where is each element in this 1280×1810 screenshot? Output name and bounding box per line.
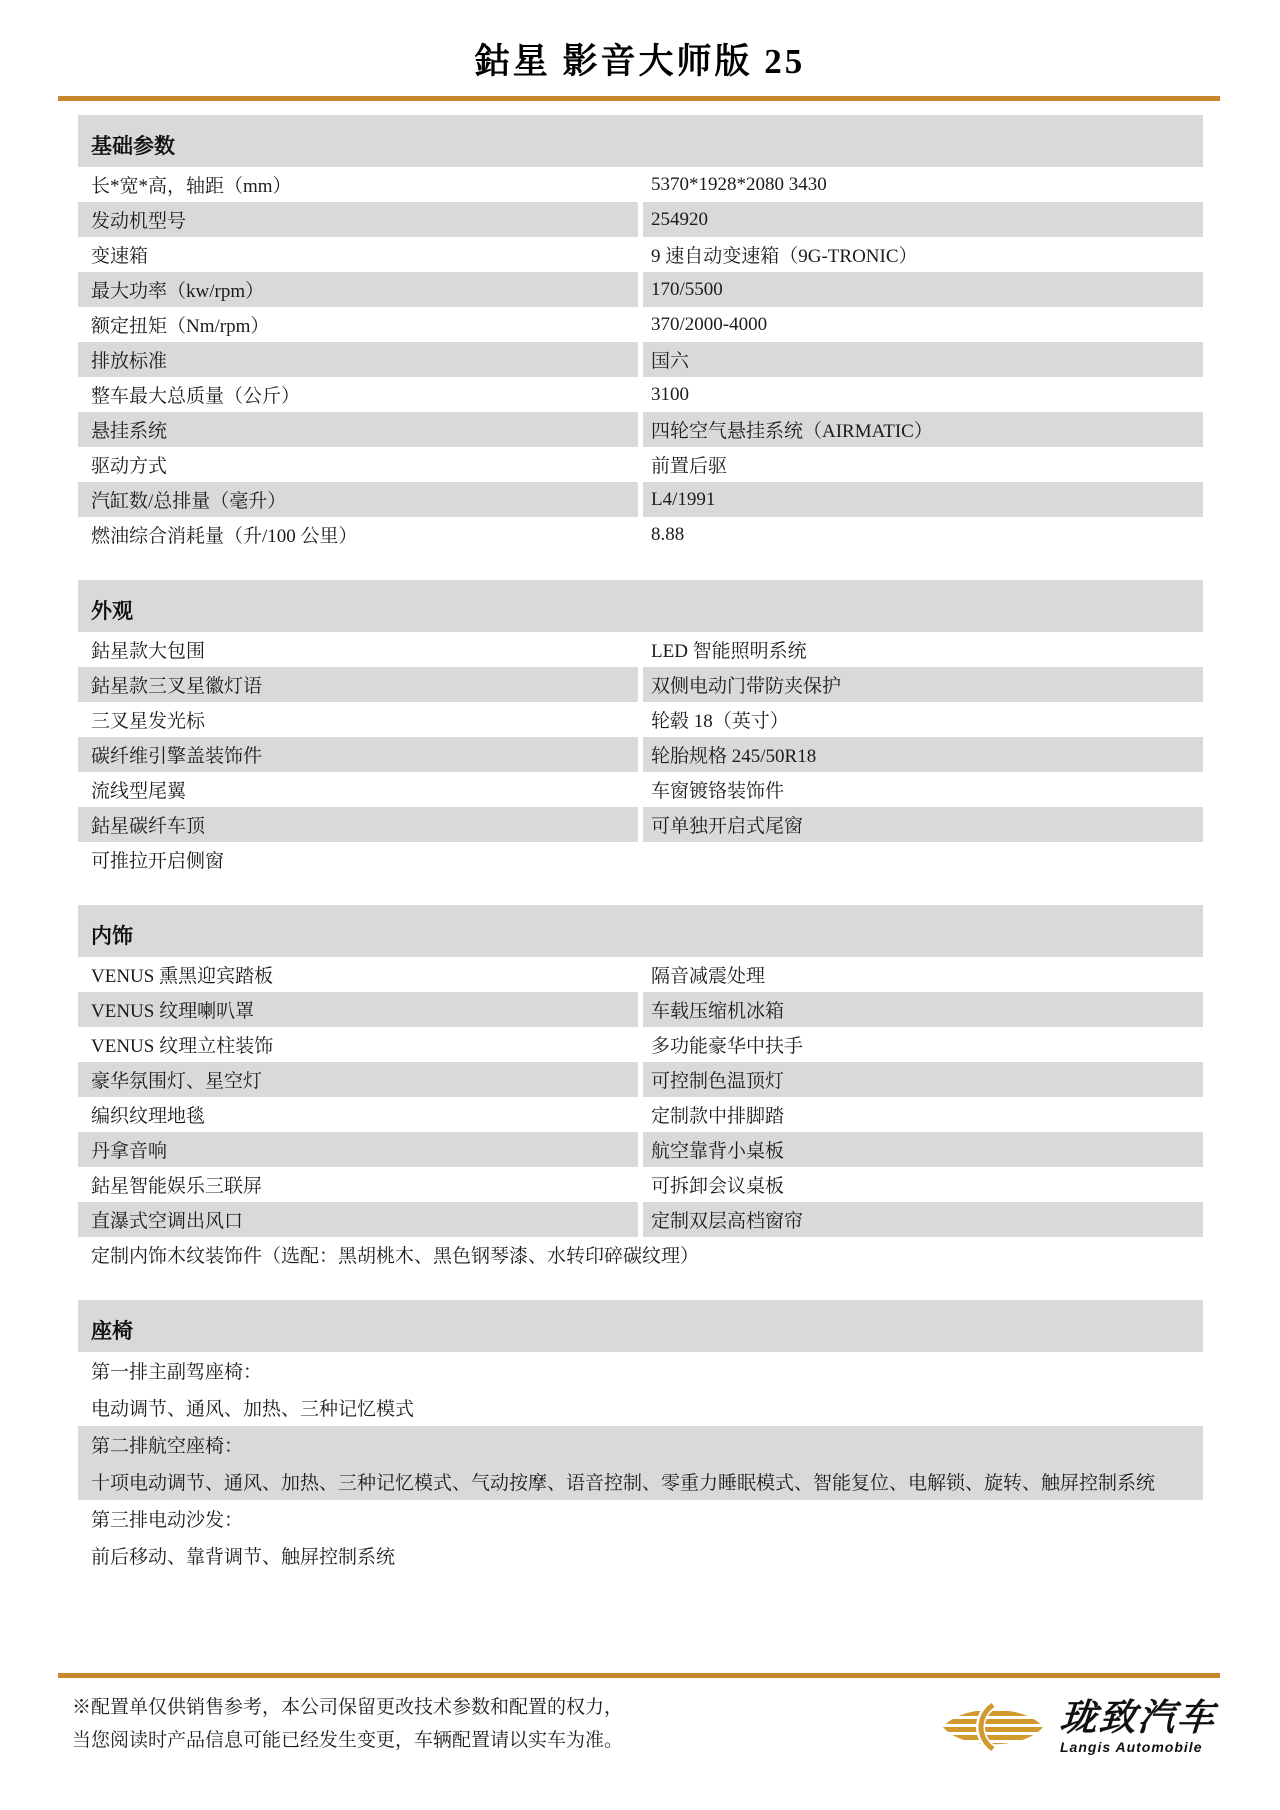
spec-value: 可单独开启式尾窗 (643, 807, 1203, 842)
spec-row: 碳纤维引擎盖装饰件轮胎规格 245/50R18 (78, 737, 1203, 772)
brand-emblem-icon (940, 1701, 1046, 1753)
spec-row: 鈷星款大包围LED 智能照明系统 (78, 632, 1203, 667)
spec-row: 驱动方式前置后驱 (78, 447, 1203, 482)
spec-text: 第三排电动沙发： (78, 1500, 1203, 1537)
spec-value: L4/1991 (643, 482, 1203, 517)
spec-row: 悬挂系统四轮空气悬挂系统（AIRMATIC） (78, 412, 1203, 447)
spec-label: 丹拿音响 (78, 1132, 638, 1167)
spec-value: 定制双层高档窗帘 (643, 1202, 1203, 1237)
spec-section: 基础参数长*宽*高，轴距（mm）5370*1928*2080 3430发动机型号… (78, 115, 1203, 552)
spec-label: 汽缸数/总排量（毫升） (78, 482, 638, 517)
spec-row: 十项电动调节、通风、加热、三种记忆模式、气动按摩、语音控制、零重力睡眠模式、智能… (78, 1463, 1203, 1500)
spec-label: 排放标准 (78, 342, 638, 377)
spec-label: VENUS 熏黑迎宾踏板 (78, 957, 638, 992)
spec-value (643, 842, 1203, 877)
spec-value: 170/5500 (643, 272, 1203, 307)
spec-row: 排放标准国六 (78, 342, 1203, 377)
spec-row: 额定扭矩（Nm/rpm）370/2000-4000 (78, 307, 1203, 342)
section-header: 内饰 (78, 905, 1203, 957)
disclaimer-line2: 当您阅读时产品信息可能已经发生变更，车辆配置请以实车为准。 (72, 1724, 623, 1757)
spec-value: 可控制色温顶灯 (643, 1062, 1203, 1097)
spec-row: VENUS 纹理喇叭罩车载压缩机冰箱 (78, 992, 1203, 1027)
spec-value: 车窗镀铬装饰件 (643, 772, 1203, 807)
spec-row: 汽缸数/总排量（毫升）L4/1991 (78, 482, 1203, 517)
spec-row: VENUS 纹理立柱装饰多功能豪华中扶手 (78, 1027, 1203, 1062)
spec-label: 鈷星款三叉星徽灯语 (78, 667, 638, 702)
spec-value: 5370*1928*2080 3430 (643, 167, 1203, 202)
spec-row: 定制内饰木纹装饰件（选配：黑胡桃木、黑色钢琴漆、水转印碎碳纹理） (78, 1237, 1203, 1272)
disclaimer: ※配置单仅供销售参考，本公司保留更改技术参数和配置的权力， 当您阅读时产品信息可… (58, 1691, 623, 1757)
spec-row: 三叉星发光标轮毂 18（英寸） (78, 702, 1203, 737)
spec-value: 双侧电动门带防夹保护 (643, 667, 1203, 702)
spec-label: 长*宽*高，轴距（mm） (78, 167, 638, 202)
spec-row: 最大功率（kw/rpm）170/5500 (78, 272, 1203, 307)
spec-value: 254920 (643, 202, 1203, 237)
section-header: 基础参数 (78, 115, 1203, 167)
spec-row: 变速箱9 速自动变速箱（9G-TRONIC） (78, 237, 1203, 272)
spec-label: 鈷星款大包围 (78, 632, 638, 667)
spec-row: 整车最大总质量（公斤）3100 (78, 377, 1203, 412)
spec-row: 流线型尾翼车窗镀铬装饰件 (78, 772, 1203, 807)
spec-label: 额定扭矩（Nm/rpm） (78, 307, 638, 342)
brand-name-cn: 珑致汽车 (1059, 1699, 1218, 1737)
spec-sheet-page: 鈷星 影音大师版 25 基础参数长*宽*高，轴距（mm）5370*1928*20… (0, 0, 1280, 1810)
spec-value: 定制款中排脚踏 (643, 1097, 1203, 1132)
spec-value: 8.88 (643, 517, 1203, 552)
spec-label: 悬挂系统 (78, 412, 638, 447)
spec-text: 电动调节、通风、加热、三种记忆模式 (78, 1389, 1203, 1426)
spec-value: 3100 (643, 377, 1203, 412)
spec-label: 鈷星智能娱乐三联屏 (78, 1167, 638, 1202)
spec-row: 鈷星智能娱乐三联屏可拆卸会议桌板 (78, 1167, 1203, 1202)
spec-label: 驱动方式 (78, 447, 638, 482)
spec-text: 十项电动调节、通风、加热、三种记忆模式、气动按摩、语音控制、零重力睡眠模式、智能… (78, 1463, 1203, 1500)
spec-text: 第二排航空座椅： (78, 1426, 1203, 1463)
spec-value: 前置后驱 (643, 447, 1203, 482)
spec-label: 豪华氛围灯、星空灯 (78, 1062, 638, 1097)
spec-value: 轮毂 18（英寸） (643, 702, 1203, 737)
spec-text: 前后移动、靠背调节、触屏控制系统 (78, 1537, 1203, 1574)
spec-value: 航空靠背小桌板 (643, 1132, 1203, 1167)
spec-row: 燃油综合消耗量（升/100 公里）8.88 (78, 517, 1203, 552)
spec-row: VENUS 熏黑迎宾踏板隔音减震处理 (78, 957, 1203, 992)
spec-label: 可推拉开启侧窗 (78, 842, 638, 877)
spec-label: 最大功率（kw/rpm） (78, 272, 638, 307)
spec-text: 定制内饰木纹装饰件（选配：黑胡桃木、黑色钢琴漆、水转印碎碳纹理） (78, 1237, 1203, 1272)
spec-label: 发动机型号 (78, 202, 638, 237)
spec-label: VENUS 纹理立柱装饰 (78, 1027, 638, 1062)
spec-label: 三叉星发光标 (78, 702, 638, 737)
spec-row: 鈷星款三叉星徽灯语双侧电动门带防夹保护 (78, 667, 1203, 702)
spec-label: VENUS 纹理喇叭罩 (78, 992, 638, 1027)
spec-table: 基础参数长*宽*高，轴距（mm）5370*1928*2080 3430发动机型号… (78, 115, 1203, 1574)
spec-row: 丹拿音响航空靠背小桌板 (78, 1132, 1203, 1167)
spec-value: 隔音减震处理 (643, 957, 1203, 992)
spec-row: 长*宽*高，轴距（mm）5370*1928*2080 3430 (78, 167, 1203, 202)
spec-text: 第一排主副驾座椅： (78, 1352, 1203, 1389)
disclaimer-line1: ※配置单仅供销售参考，本公司保留更改技术参数和配置的权力， (72, 1691, 623, 1724)
brand-logo: 珑致汽车 Langis Automobile (940, 1691, 1220, 1755)
spec-row: 发动机型号254920 (78, 202, 1203, 237)
spec-value: 车载压缩机冰箱 (643, 992, 1203, 1027)
spec-label: 燃油综合消耗量（升/100 公里） (78, 517, 638, 552)
footer-inner: ※配置单仅供销售参考，本公司保留更改技术参数和配置的权力， 当您阅读时产品信息可… (58, 1678, 1220, 1757)
spec-row: 豪华氛围灯、星空灯可控制色温顶灯 (78, 1062, 1203, 1097)
spec-value: 370/2000-4000 (643, 307, 1203, 342)
spec-row: 第二排航空座椅： (78, 1426, 1203, 1463)
spec-row: 编织纹理地毯定制款中排脚踏 (78, 1097, 1203, 1132)
spec-section: 内饰VENUS 熏黑迎宾踏板隔音减震处理VENUS 纹理喇叭罩车载压缩机冰箱VE… (78, 905, 1203, 1272)
spec-label: 鈷星碳纤车顶 (78, 807, 638, 842)
spec-label: 变速箱 (78, 237, 638, 272)
page-title: 鈷星 影音大师版 25 (0, 0, 1280, 84)
spec-value: 轮胎规格 245/50R18 (643, 737, 1203, 772)
spec-label: 直瀑式空调出风口 (78, 1202, 638, 1237)
spec-row: 可推拉开启侧窗 (78, 842, 1203, 877)
section-header: 座椅 (78, 1300, 1203, 1352)
spec-label: 碳纤维引擎盖装饰件 (78, 737, 638, 772)
brand-name-en: Langis Automobile (1060, 1739, 1202, 1755)
spec-value: 多功能豪华中扶手 (643, 1027, 1203, 1062)
spec-section: 外观鈷星款大包围LED 智能照明系统鈷星款三叉星徽灯语双侧电动门带防夹保护三叉星… (78, 580, 1203, 877)
spec-row: 第一排主副驾座椅： (78, 1352, 1203, 1389)
spec-value: LED 智能照明系统 (643, 632, 1203, 667)
spec-label: 编织纹理地毯 (78, 1097, 638, 1132)
spec-label: 流线型尾翼 (78, 772, 638, 807)
spec-row: 第三排电动沙发： (78, 1500, 1203, 1537)
spec-section: 座椅第一排主副驾座椅：电动调节、通风、加热、三种记忆模式第二排航空座椅：十项电动… (78, 1300, 1203, 1574)
footer: ※配置单仅供销售参考，本公司保留更改技术参数和配置的权力， 当您阅读时产品信息可… (58, 1673, 1220, 1757)
spec-row: 电动调节、通风、加热、三种记忆模式 (78, 1389, 1203, 1426)
section-header: 外观 (78, 580, 1203, 632)
spec-value: 国六 (643, 342, 1203, 377)
spec-value: 9 速自动变速箱（9G-TRONIC） (643, 237, 1203, 272)
spec-row: 鈷星碳纤车顶可单独开启式尾窗 (78, 807, 1203, 842)
spec-row: 直瀑式空调出风口定制双层高档窗帘 (78, 1202, 1203, 1237)
brand-text: 珑致汽车 Langis Automobile (1060, 1699, 1216, 1755)
spec-row: 前后移动、靠背调节、触屏控制系统 (78, 1537, 1203, 1574)
spec-value: 可拆卸会议桌板 (643, 1167, 1203, 1202)
spec-value: 四轮空气悬挂系统（AIRMATIC） (643, 412, 1203, 447)
spec-label: 整车最大总质量（公斤） (78, 377, 638, 412)
title-divider (58, 96, 1220, 101)
